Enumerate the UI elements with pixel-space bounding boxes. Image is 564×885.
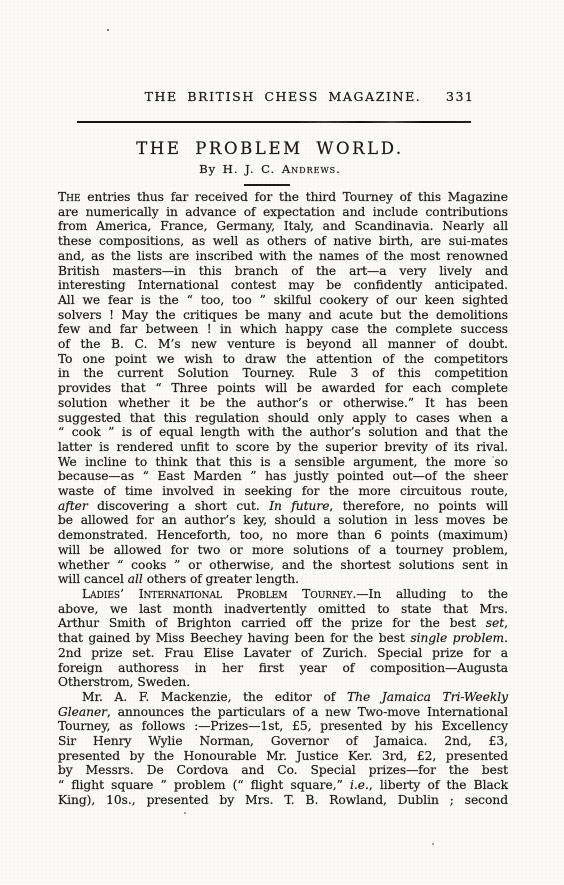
text-segment: that gained by Miss Beechey having been … — [58, 631, 410, 645]
text-segment: —In alluding to the — [356, 587, 508, 601]
text-line: after discovering a short cut. In future… — [58, 499, 508, 514]
text-segment: “ cook ” is of equal length with the aut… — [58, 425, 508, 439]
text-line: interesting International contest may be… — [58, 278, 508, 293]
text-segment: British masters—in this branch of the ar… — [58, 264, 508, 278]
text-segment: above, we last month inadvertently omitt… — [58, 602, 508, 616]
scan-speck — [184, 812, 186, 814]
article-body: The entries thus far received for the th… — [58, 190, 508, 808]
text-line: these compositions, as well as others of… — [58, 234, 508, 249]
text-line: whether “ cooks ” or otherwise, and the … — [58, 558, 508, 573]
text-segment: solution whether it be the author’s or o… — [58, 396, 508, 410]
text-segment: and, as the lists are inscribed with the… — [58, 249, 508, 263]
text-line: Otherstrom, Sweden. — [58, 675, 508, 690]
text-segment: from America, France, Germany, Italy, an… — [58, 219, 508, 233]
text-segment: few and far between ! in which happy cas… — [58, 322, 508, 336]
text-segment: “ flight square ” problem (“ flight squa… — [58, 778, 350, 792]
text-segment: set — [486, 616, 504, 630]
text-segment: , therefore, no points will — [329, 499, 508, 513]
text-line: will cancel all others of greater length… — [58, 572, 508, 587]
text-segment: i.e. — [350, 778, 369, 792]
text-line: from America, France, Germany, Italy, an… — [58, 219, 508, 234]
text-segment: whether “ cooks ” or otherwise, and the … — [58, 558, 508, 572]
text-segment: latter is rendered unfit to score by the… — [58, 440, 508, 454]
text-line: demonstrated. Henceforth, too, no more t… — [58, 528, 508, 543]
text-segment: foreign authoress in her first year of c… — [58, 661, 508, 675]
text-segment: To one point we wish to draw the attenti… — [58, 352, 508, 366]
running-title: THE BRITISH CHESS MAGAZINE. — [58, 89, 508, 104]
text-segment: all — [128, 572, 143, 586]
text-segment: , announces the particulars of a new Two… — [107, 705, 508, 719]
ornament-rule — [244, 184, 290, 186]
text-segment: by Messrs. De Cordova and Co. Special pr… — [58, 763, 508, 777]
text-segment: King), 10s., presented by Mrs. T. B. Row… — [58, 793, 508, 807]
text-segment: others of greater length. — [143, 572, 299, 586]
text-segment: because—as “ East Marden ” has justly po… — [58, 469, 508, 483]
text-segment: will cancel — [58, 572, 128, 586]
text-line: To one point we wish to draw the attenti… — [58, 352, 508, 367]
text-line: Arthur Smith of Brighton carried off the… — [58, 616, 508, 631]
text-line: Gleaner, announces the particulars of a … — [58, 705, 508, 720]
magazine-page: THE BRITISH CHESS MAGAZINE. 331 THE PROB… — [0, 0, 564, 885]
text-segment: entries thus far received for the third … — [81, 190, 508, 204]
text-segment: be allowed for an author’s key, should a… — [58, 513, 508, 527]
text-segment: Tourney, as follows :—Prizes—1st, £5, pr… — [58, 719, 508, 733]
text-line: solution whether it be the author’s or o… — [58, 396, 508, 411]
text-line: that gained by Miss Beechey having been … — [58, 631, 508, 646]
text-segment: of the B. C. M’s new venture is beyond a… — [58, 337, 508, 351]
byline-author: H. J. C. Andrews. — [223, 162, 341, 176]
text-line: Sir Henry Wylie Norman, Governor of Jama… — [58, 734, 508, 749]
text-segment: these compositions, as well as others of… — [58, 234, 508, 248]
text-line: King), 10s., presented by Mrs. T. B. Row… — [58, 793, 508, 808]
text-line: foreign authoress in her first year of c… — [58, 661, 508, 676]
text-segment: In future — [269, 499, 329, 513]
text-line: British masters—in this branch of the ar… — [58, 264, 508, 279]
text-line: by Messrs. De Cordova and Co. Special pr… — [58, 763, 508, 778]
text-line: suggested that this regulation should on… — [58, 411, 508, 426]
text-line: Mr. A. F. Mackenzie, the editor of The J… — [58, 690, 508, 705]
byline-by: By — [199, 162, 216, 176]
text-segment: Mr. A. F. Mackenzie, the editor of — [82, 690, 347, 704]
text-line: provides that “ Three points will be awa… — [58, 381, 508, 396]
text-segment: Ladies’ International Problem Tourney. — [82, 587, 356, 601]
text-segment: Sir Henry Wylie Norman, Governor of Jama… — [58, 734, 508, 748]
text-line: presented by the Honourable Mr. Justice … — [58, 749, 508, 764]
paragraph: Mr. A. F. Mackenzie, the editor of The J… — [58, 690, 508, 808]
text-line: in the current Solution Tourney. Rule 3 … — [58, 366, 508, 381]
text-segment: suggested that this regulation should on… — [58, 411, 508, 425]
text-segment: after — [58, 499, 88, 513]
text-segment: single problem — [410, 631, 504, 645]
text-line: will be allowed for two or more solution… — [58, 543, 508, 558]
text-segment: All we fear is the “ too, too ” skilful … — [58, 293, 508, 307]
text-segment: in the current Solution Tourney. Rule 3 … — [58, 366, 508, 380]
text-line: waste of time involved in seeking for th… — [58, 484, 508, 499]
text-line: of the B. C. M’s new venture is beyond a… — [58, 337, 508, 352]
text-segment: The — [58, 190, 81, 204]
article-byline: By H. J. C. Andrews. — [0, 162, 540, 176]
text-line: Ladies’ International Problem Tourney.—I… — [58, 587, 508, 602]
text-line: latter is rendered unfit to score by the… — [58, 440, 508, 455]
page-number: 331 — [446, 89, 474, 104]
scan-speck — [107, 29, 109, 31]
text-segment: provides that “ Three points will be awa… — [58, 381, 508, 395]
text-segment: Gleaner — [58, 705, 107, 719]
text-line: “ flight square ” problem (“ flight squa… — [58, 778, 508, 793]
text-line: We incline to think that this is a sensi… — [58, 455, 508, 470]
text-segment: waste of time involved in seeking for th… — [58, 484, 508, 498]
text-line: Tourney, as follows :—Prizes—1st, £5, pr… — [58, 719, 508, 734]
text-segment: We incline to think that this is a sensi… — [58, 455, 508, 469]
text-segment: . — [504, 631, 508, 645]
text-line: and, as the lists are inscribed with the… — [58, 249, 508, 264]
text-segment: will be allowed for two or more solution… — [58, 543, 508, 557]
text-segment: are numerically in advance of expectatio… — [58, 205, 508, 219]
text-segment: interesting International contest may be… — [58, 278, 508, 292]
text-segment: 2nd prize set. Frau Elise Lavater of Zur… — [58, 646, 508, 660]
paragraph: The entries thus far received for the th… — [58, 190, 508, 587]
text-line: few and far between ! in which happy cas… — [58, 322, 508, 337]
paragraph: Ladies’ International Problem Tourney.—I… — [58, 587, 508, 690]
text-segment: discovering a short cut. — [88, 499, 269, 513]
text-line: above, we last month inadvertently omitt… — [58, 602, 508, 617]
text-line: are numerically in advance of expectatio… — [58, 205, 508, 220]
text-line: All we fear is the “ too, too ” skilful … — [58, 293, 508, 308]
text-segment: presented by the Honourable Mr. Justice … — [58, 749, 508, 763]
text-line: The entries thus far received for the th… — [58, 190, 508, 205]
text-line: 2nd prize set. Frau Elise Lavater of Zur… — [58, 646, 508, 661]
scan-speck — [432, 843, 434, 845]
text-segment: solvers ! May the critiques be many and … — [58, 308, 508, 322]
text-line: solvers ! May the critiques be many and … — [58, 308, 508, 323]
text-segment: , — [504, 616, 508, 630]
text-line: because—as “ East Marden ” has justly po… — [58, 469, 508, 484]
text-line: be allowed for an author’s key, should a… — [58, 513, 508, 528]
text-line: “ cook ” is of equal length with the aut… — [58, 425, 508, 440]
text-segment: Otherstrom, Sweden. — [58, 675, 190, 689]
text-segment: , liberty of the Black — [369, 778, 508, 792]
text-segment: Arthur Smith of Brighton carried off the… — [58, 616, 486, 630]
article-title: THE PROBLEM WORLD. — [0, 139, 540, 158]
text-segment: The Jamaica Tri-Weekly — [347, 690, 508, 704]
header-rule — [77, 121, 471, 123]
text-segment: demonstrated. Henceforth, too, no more t… — [58, 528, 508, 542]
